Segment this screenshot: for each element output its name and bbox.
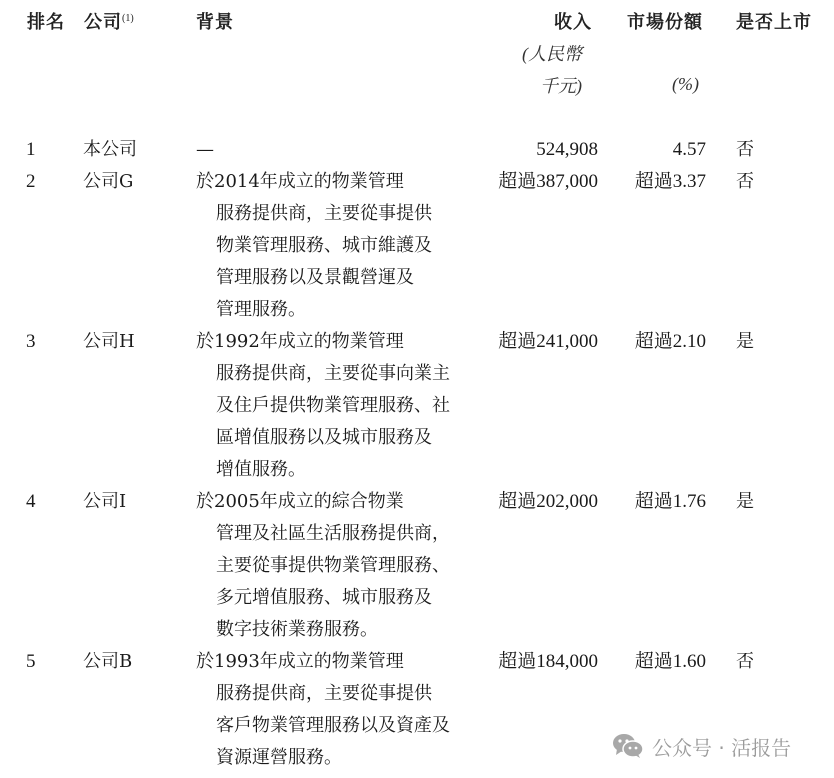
rank-cell: 4 [26,486,36,518]
background-line: 資源運營服務。 [216,742,342,774]
background-line: 主要從事提供物業管理服務、 [216,550,450,582]
background-line: 管理及社區生活服務提供商， [216,518,450,550]
revenue-unit-line1: (人民幣 [522,40,582,66]
rank-cell: 1 [26,134,36,166]
background-line: 於2005年成立的綜合物業 [196,486,404,518]
background-line: 管理服務。 [216,294,306,326]
company-cell: 公司H [83,326,135,358]
header-background: 背景 [196,8,234,34]
company-cell: 公司B [83,646,132,678]
market-share-cell: 超過3.37 [610,166,706,198]
revenue-unit-line2: 千元) [540,72,582,98]
background-line: 及住戶提供物業管理服務、社 [216,390,450,422]
revenue-cell: 超過241,000 [480,326,598,358]
footnote-marker: (1) [122,13,134,24]
background-cell: — [196,134,214,166]
header-company-label: 公司 [84,12,122,33]
background-line: 增值服務。 [216,454,306,486]
background-line: 於1992年成立的物業管理 [196,326,404,358]
revenue-cell: 超過387,000 [480,166,598,198]
watermark: 公众号 · 活报告 [612,730,791,762]
header-listed: 是否上市 [736,8,812,34]
revenue-cell: 超過184,000 [480,646,598,678]
company-cell: 本公司 [83,134,137,166]
market-share-unit: (%) [672,74,699,95]
revenue-cell: 超過202,000 [480,486,598,518]
header-company: 公司(1) [84,8,134,34]
market-share-cell: 4.57 [610,134,706,166]
market-share-cell: 超過1.60 [610,646,706,678]
listed-cell: 否 [736,646,754,678]
wechat-icon [612,733,644,759]
company-cell: 公司G [83,166,133,198]
background-line: 服務提供商，主要從事提供 [216,678,432,710]
background-line: 數字技術業務服務。 [216,614,378,646]
background-line: 區增值服務以及城市服務及 [216,422,432,454]
header-revenue: 收入 [554,8,592,34]
listed-cell: 否 [736,166,754,198]
background-line: 於1993年成立的物業管理 [196,646,404,678]
header-rank: 排名 [27,8,65,34]
rank-cell: 2 [26,166,36,198]
market-share-cell: 超過1.76 [610,486,706,518]
background-line: 服務提供商，主要從事提供 [216,198,432,230]
listed-cell: 是 [736,326,754,358]
market-share-cell: 超過2.10 [610,326,706,358]
company-cell: 公司I [83,486,126,518]
header-market-share: 市場份額 [627,8,703,34]
rank-cell: 5 [26,646,36,678]
background-line: 多元增值服務、城市服務及 [216,582,432,614]
background-line: 服務提供商，主要從事向業主 [216,358,450,390]
watermark-text: 公众号 · 活报告 [652,732,791,761]
revenue-cell: 524,908 [480,134,598,166]
listed-cell: 否 [736,134,754,166]
rank-cell: 3 [26,326,36,358]
background-line: 於2014年成立的物業管理 [196,166,404,198]
listed-cell: 是 [736,486,754,518]
background-line: 管理服務以及景觀營運及 [216,262,414,294]
background-line: 物業管理服務、城市維護及 [216,230,432,262]
background-line: 客戶物業管理服務以及資產及 [216,710,450,742]
